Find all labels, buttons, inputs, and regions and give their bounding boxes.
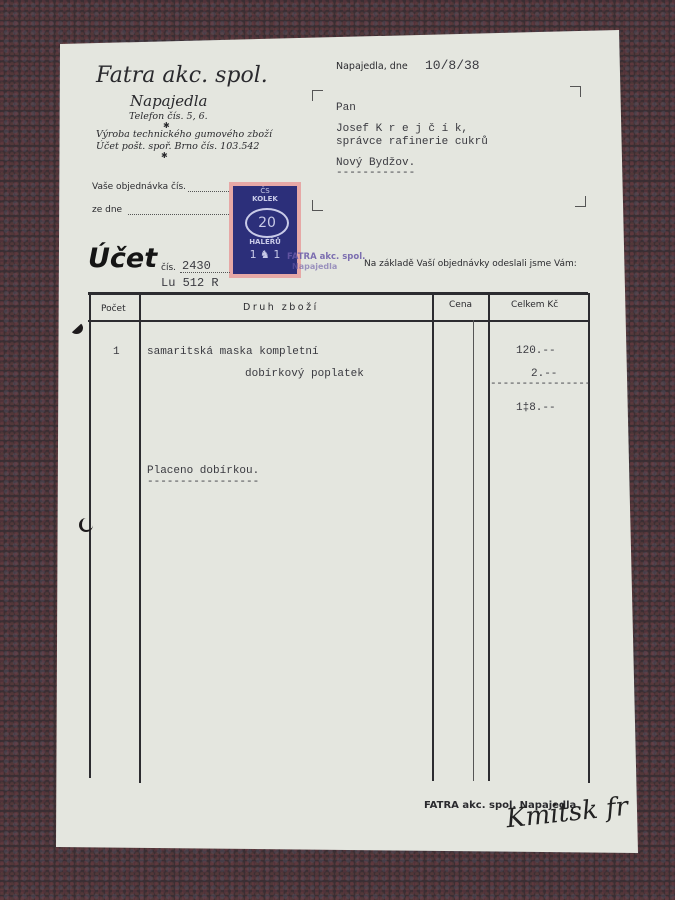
grand-total: 1‡8.-- <box>516 402 556 414</box>
table-top-border <box>88 292 588 295</box>
row-1-total: 120.-- <box>516 345 556 357</box>
table-header-price: Cena <box>449 300 472 310</box>
stamp-top-text: ČS <box>233 186 297 195</box>
stamp-value: 20 <box>245 208 289 238</box>
invoice-title: Účet <box>88 243 157 274</box>
table-header-border <box>88 320 588 322</box>
company-city: Napajedla <box>130 92 207 110</box>
punch-hole <box>79 518 93 532</box>
date-label: Napajedla, dne <box>336 61 408 72</box>
row-2-item: dobírkový poplatek <box>245 368 364 380</box>
table-column-divider <box>139 293 141 783</box>
table-column-divider <box>488 293 490 781</box>
invoice-number-label: čís. <box>161 263 176 273</box>
company-business: Výroba technického gumového zboží <box>96 129 272 140</box>
invoice-intro: Na základě Vaší objednávky odeslali jsme… <box>364 259 577 269</box>
order-number-field <box>188 191 233 192</box>
invoice-number: 2430 <box>182 259 211 273</box>
recipient-salutation: Pan <box>336 102 356 114</box>
revenue-stamp: ČS KOLEK 20 HALÉŘŮ 1 ♞ 1 <box>229 182 301 278</box>
table-header-total: Celkem Kč <box>511 300 558 310</box>
order-date-label: ze dne <box>92 205 122 215</box>
address-corner-mark <box>312 200 323 211</box>
table-column-divider <box>89 293 91 778</box>
table-column-divider <box>432 293 434 781</box>
recipient-city-underline: ------------ <box>336 167 415 179</box>
total-separator: ---------------- <box>490 378 591 390</box>
company-account: Účet pošt. spoř. Brno čís. 103.542 <box>96 141 259 152</box>
address-corner-mark <box>575 196 586 207</box>
row-1-qty: 1 <box>113 346 120 358</box>
stamp-overprint: FATRA akc. spol. <box>287 252 365 262</box>
address-corner-mark <box>312 90 323 101</box>
recipient-name: Josef K r e j č í k, <box>336 123 468 135</box>
table-header-count: Počet <box>101 304 126 314</box>
order-date-field <box>128 214 233 215</box>
table-header-goods: Druh zboží <box>243 302 319 313</box>
star-ornament-icon: ✱ <box>161 151 168 160</box>
stamp-unit: HALÉŘŮ <box>233 238 297 246</box>
invoice-number-field <box>180 272 230 273</box>
row-1-item: samaritská maska kompletní <box>147 346 319 358</box>
order-number-label: Vaše objednávka čís. <box>92 182 186 192</box>
recipient-title: správce rafinerie cukrů <box>336 136 488 148</box>
company-name: Fatra akc. spol. <box>96 63 268 88</box>
invoice-reference: Lu 512 R <box>161 276 219 290</box>
payment-note-underline: ----------------- <box>147 476 259 488</box>
table-cents-divider <box>473 320 474 781</box>
address-corner-mark <box>570 86 581 97</box>
table-column-divider <box>588 293 590 783</box>
date-value: 10/8/38 <box>425 58 480 73</box>
stamp-header: KOLEK <box>233 195 297 203</box>
stamp-overprint-city: Napajedla <box>292 262 337 271</box>
